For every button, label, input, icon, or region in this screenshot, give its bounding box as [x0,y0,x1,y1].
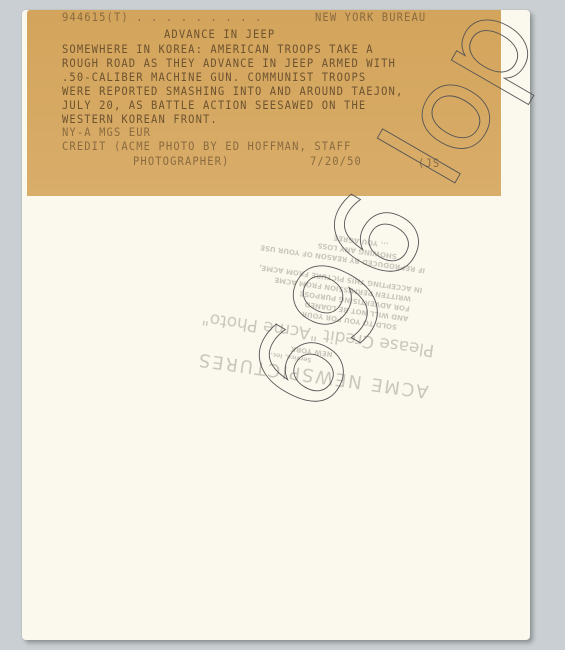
caption-credit-cont: PHOTOGRAPHER) [133,155,229,168]
acme-rubber-stamp: IF REPRODUCED BY REASON OF YOUR USE SHOW… [179,193,462,407]
caption-line: .50-CALIBER MACHINE GUN. COMMUNIST TROOP… [62,71,366,84]
caption-line: ROUGH ROAD AS THEY ADVANCE IN JEEP ARMED… [62,57,396,70]
caption-id: 944615(T) . . . . . . . . . [62,11,262,24]
caption-credit: CREDIT (ACME PHOTO BY ED HOFFMAN, STAFF [62,140,351,153]
caption-initials: (JS [418,157,440,170]
caption-title: ADVANCE IN JEEP [164,28,275,41]
caption-line: WERE REPORTED SMASHING INTO AND AROUND T… [62,85,403,98]
caption-line: WESTERN KOREAN FRONT. [62,113,218,126]
caption-date: 7/20/50 [310,155,362,168]
caption-code: NY-A MGS EUR [62,126,151,139]
caption-line: JULY 20, AS BATTLE ACTION SEESAWED ON TH… [62,99,366,112]
caption-line: SOMEWHERE IN KOREA: AMERICAN TROOPS TAKE… [62,43,374,56]
caption-bureau: NEW YORK BUREAU [315,11,426,24]
